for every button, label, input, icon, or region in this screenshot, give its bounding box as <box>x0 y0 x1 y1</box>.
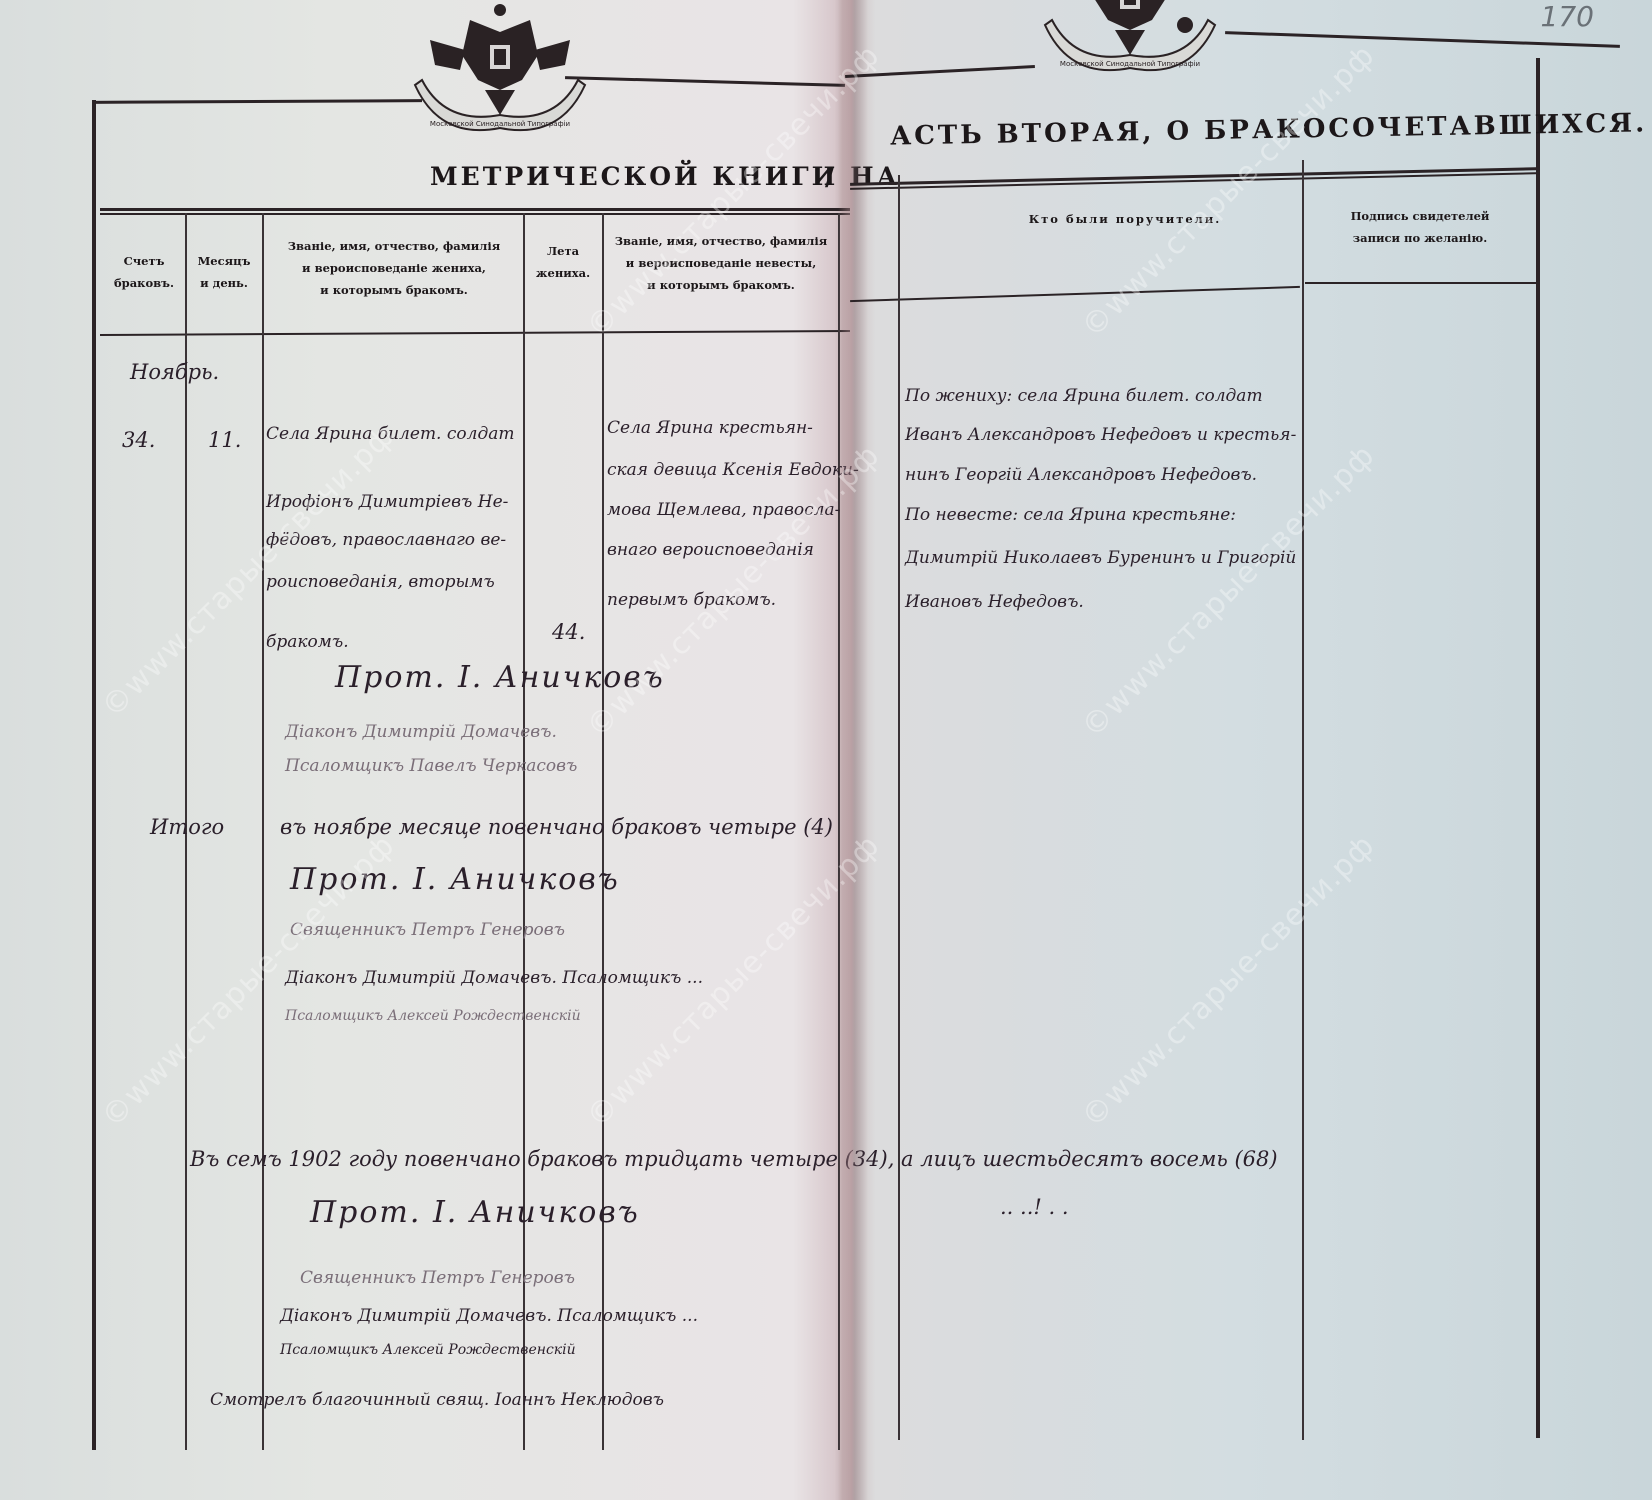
header-bottom-rule-2 <box>1305 282 1540 284</box>
double-headed-eagle-emblem-icon: Московской Синодальной Типографіи <box>410 0 590 145</box>
header-bottom-rule <box>850 286 1300 302</box>
right-frame-border <box>1536 58 1540 1438</box>
monthly-total-text: въ ноябре месяце повенчано браковъ четыр… <box>280 815 833 839</box>
monthly-total-label: Итого <box>150 815 224 839</box>
header-witness-signatures: Подпись свидетелейзаписи по желанію. <box>1320 205 1520 249</box>
year-signature-psalmist: Псаломщикъ Алексей Рождественскій <box>280 1342 576 1358</box>
signature-psalmist: Псаломщикъ Павелъ Черкасовъ <box>285 756 577 776</box>
svg-text:Московской Синодальной Типогра: Московской Синодальной Типографіи <box>430 120 570 128</box>
left-frame-border <box>92 100 96 1450</box>
col-divider-1 <box>898 175 900 1440</box>
dean-inspection-note: Смотрелъ благочинный свящ. Іоаннъ Неклюд… <box>210 1390 664 1410</box>
year-signature-deacon: Діаконъ Димитрій Домачевъ. Псаломщикъ ..… <box>280 1306 698 1326</box>
entry-day: 11. <box>208 428 241 452</box>
year-total-marks: .. ..! . . <box>1000 1195 1069 1219</box>
metric-book-spread: Московской Синодальной Типографіи Метрич… <box>0 0 1652 1500</box>
header-count-of-marriages: Счетъбраковъ. <box>105 250 183 294</box>
groom-age-value: 44. <box>552 620 585 644</box>
frame-top-rule <box>92 99 422 104</box>
col-divider-2 <box>262 213 264 1450</box>
frame-top-rule-right <box>1225 31 1620 48</box>
header-groom-age: Летажениха. <box>526 240 600 284</box>
year-signature-priest: Священникъ Петръ Генеровъ <box>300 1268 575 1288</box>
col-divider-2 <box>1302 160 1304 1440</box>
header-top-rule <box>850 167 1540 186</box>
right-page: 170 Московской Синодальной Типографіи ас… <box>850 0 1652 1500</box>
frame-top-rule-right <box>565 76 845 87</box>
entry-month: Ноябрь. <box>130 360 219 384</box>
header-groom: Званіе, имя, отчество, фамиліяи вероиспо… <box>268 235 520 301</box>
page-number: 170 <box>1541 0 1594 33</box>
monthly-signature-deacon: Діаконъ Димитрій Домачевъ. Псаломщикъ ..… <box>285 968 703 988</box>
year-signature-protopresbyter: Прот. І. Аничковъ <box>310 1195 640 1230</box>
header-month-day: Месяцъи день. <box>188 250 260 294</box>
svg-text:Московской Синодальной Типогра: Московской Синодальной Типографіи <box>1060 60 1200 68</box>
entry-number: 34. <box>122 428 155 452</box>
title-slash: / <box>825 162 837 191</box>
header-bottom-rule <box>100 330 850 336</box>
monthly-signature-psalmist: Псаломщикъ Алексей Рождественскій <box>285 1008 581 1024</box>
signature-deacon: Діаконъ Димитрій Домачевъ. <box>285 722 557 742</box>
double-headed-eagle-emblem-icon: Московской Синодальной Типографіи <box>1040 0 1220 85</box>
header-top-rule-2 <box>100 213 850 215</box>
